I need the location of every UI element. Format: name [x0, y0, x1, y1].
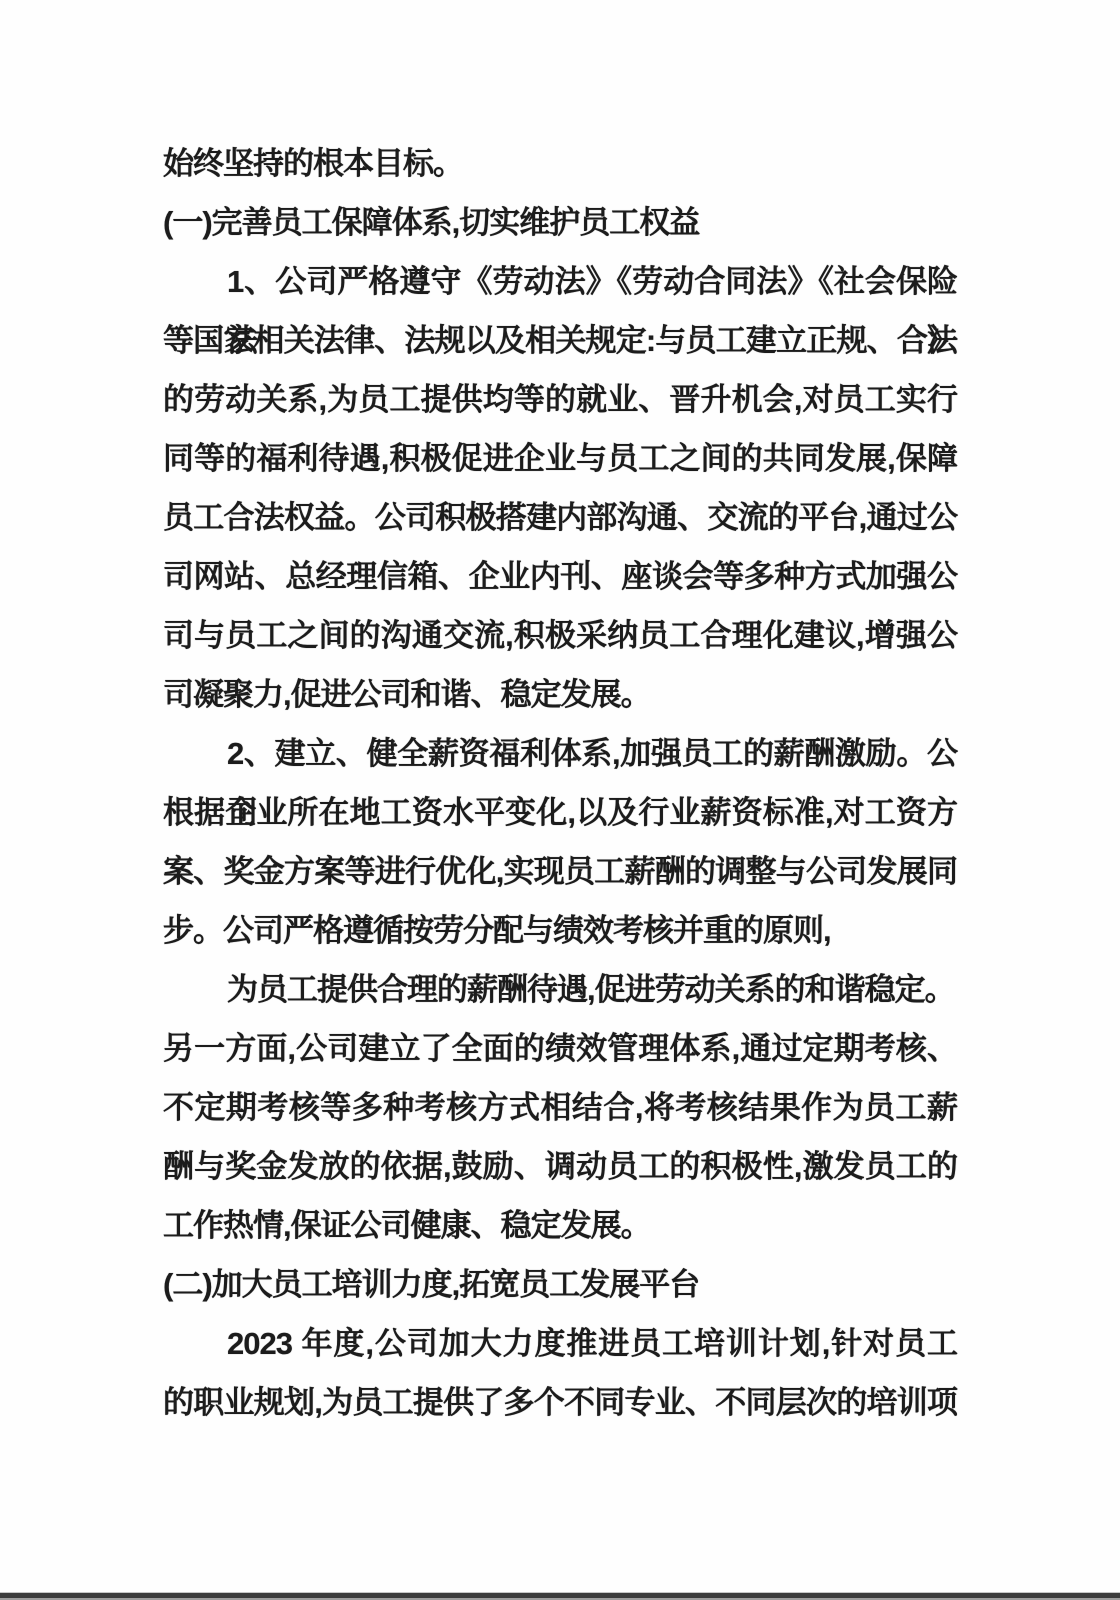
text-line: 另一方面,公司建立了全面的绩效管理体系,通过定期考核、 — [163, 1019, 957, 1078]
text-line: 员工合法权益。公司积极搭建内部沟通、交流的平台,通过公 — [163, 488, 957, 547]
text-line: (二)加大员工培训力度,拓宽员工发展平台 — [163, 1255, 957, 1314]
text-line: 的职业规划,为员工提供了多个不同专业、不同层次的培训项 — [163, 1373, 957, 1432]
text-line: 始终坚持的根本目标。 — [163, 134, 957, 193]
text-line: (一)完善员工保障体系,切实维护员工权益 — [163, 193, 957, 252]
text-line: 司与员工之间的沟通交流,积极采纳员工合理化建议,增强公 — [163, 606, 957, 665]
document-page: 始终坚持的根本目标。(一)完善员工保障体系,切实维护员工权益1、公司严格遵守《劳… — [0, 0, 1120, 1600]
text-line: 根据企业所在地工资水平变化,以及行业薪资标准,对工资方 — [163, 783, 957, 842]
text-line: 工作热情,保证公司健康、稳定发展。 — [163, 1196, 957, 1255]
page-bottom-edge — [0, 1592, 1120, 1600]
text-line: 步。公司严格遵循按劳分配与绩效考核并重的原则, — [163, 901, 957, 960]
text-line: 酬与奖金发放的依据,鼓励、调动员工的积极性,激发员工的 — [163, 1137, 957, 1196]
text-column: 始终坚持的根本目标。(一)完善员工保障体系,切实维护员工权益1、公司严格遵守《劳… — [163, 134, 957, 1432]
text-line: 等国家相关法律、法规以及相关规定:与员工建立正规、合法 — [163, 311, 957, 370]
text-line: 1、公司严格遵守《劳动法》《劳动合同法》《社会保险法》 — [163, 252, 957, 311]
text-line: 为员工提供合理的薪酬待遇,促进劳动关系的和谐稳定。 — [163, 960, 957, 1019]
text-line: 案、奖金方案等进行优化,实现员工薪酬的调整与公司发展同 — [163, 842, 957, 901]
text-line: 司凝聚力,促进公司和谐、稳定发展。 — [163, 665, 957, 724]
text-line: 2、建立、健全薪资福利体系,加强员工的薪酬激励。公司 — [163, 724, 957, 783]
text-line: 同等的福利待遇,积极促进企业与员工之间的共同发展,保障 — [163, 429, 957, 488]
text-line: 2023 年度,公司加大力度推进员工培训计划,针对员工 — [163, 1314, 957, 1373]
text-line: 司网站、总经理信箱、企业内刊、座谈会等多种方式加强公 — [163, 547, 957, 606]
text-line: 不定期考核等多种考核方式相结合,将考核结果作为员工薪 — [163, 1078, 957, 1137]
text-line: 的劳动关系,为员工提供均等的就业、晋升机会,对员工实行 — [163, 370, 957, 429]
